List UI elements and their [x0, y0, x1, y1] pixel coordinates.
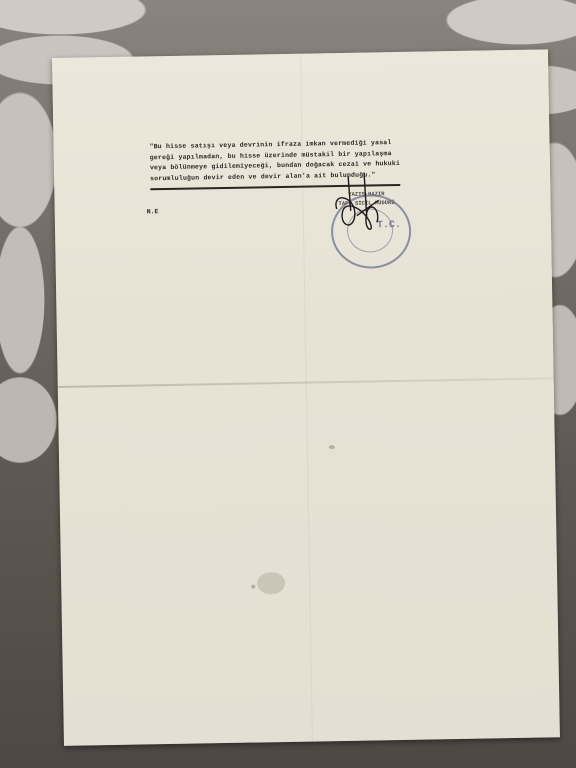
stain-mark	[257, 572, 285, 594]
document-page: "Bu hisse satışı veya devrinin ifraza im…	[52, 49, 560, 746]
typist-initials: N.E	[147, 208, 159, 215]
stain-mark	[329, 445, 335, 449]
stain-mark	[251, 585, 255, 589]
handwritten-signature	[326, 170, 397, 241]
